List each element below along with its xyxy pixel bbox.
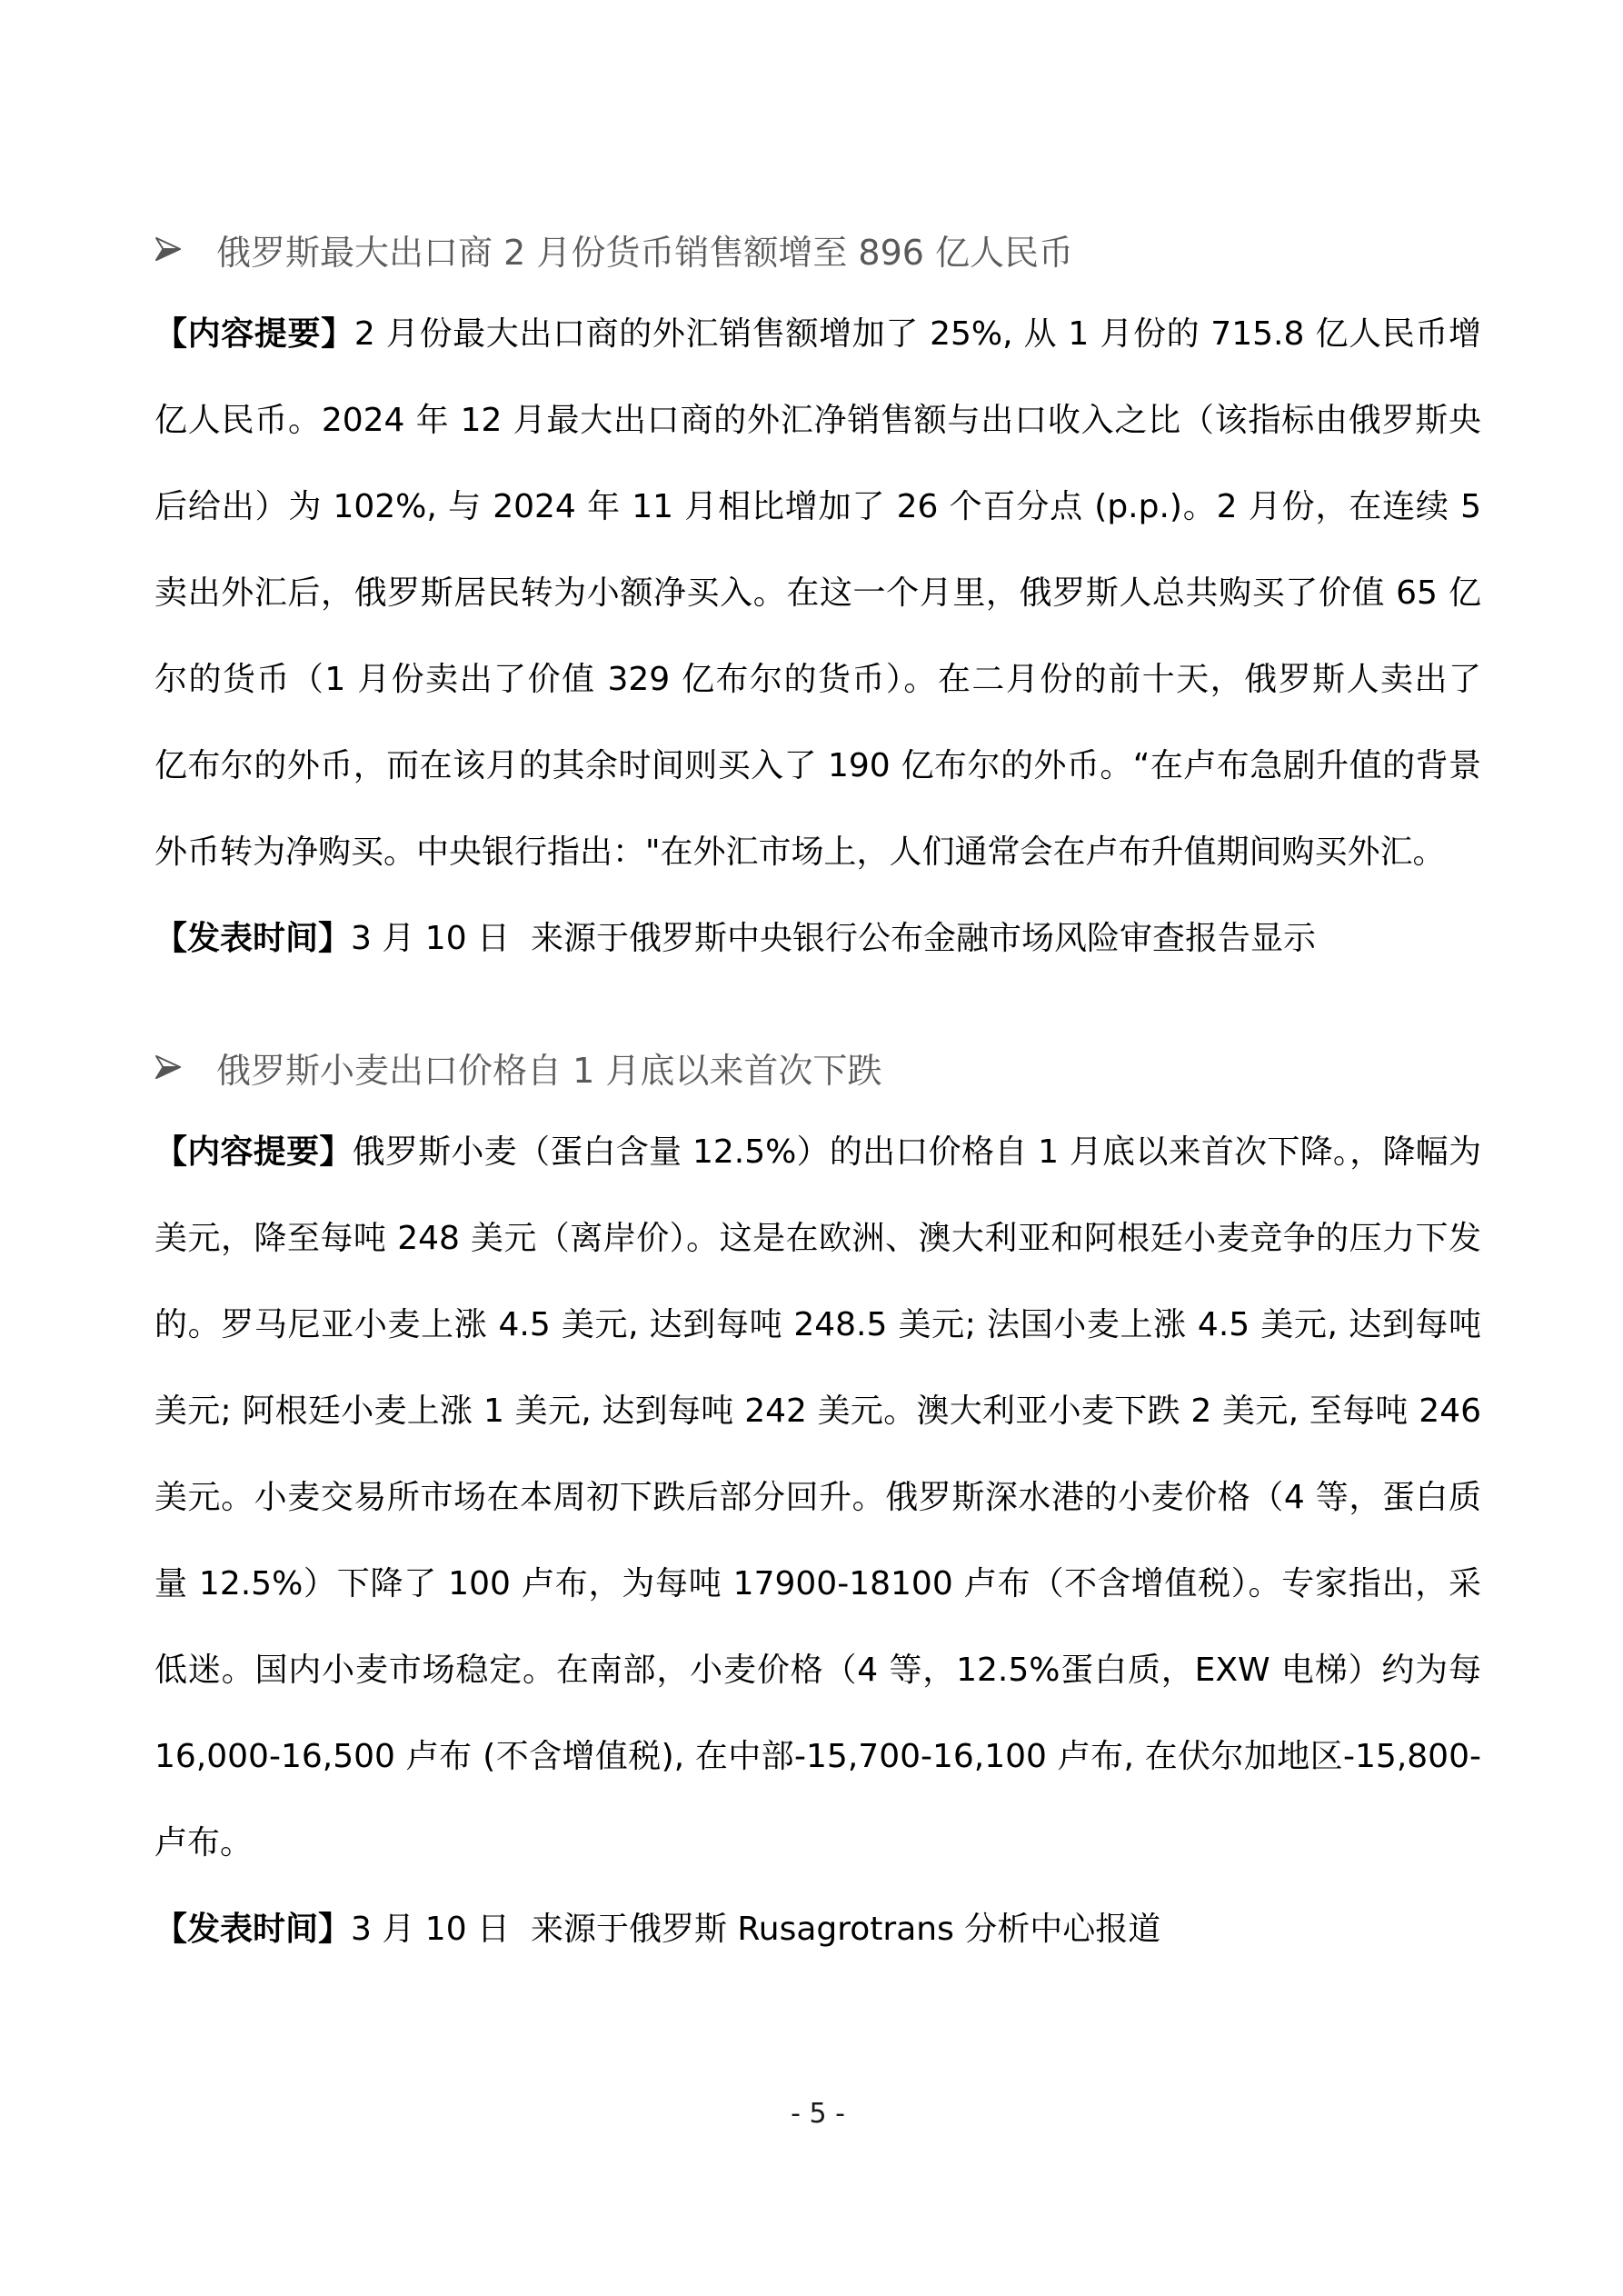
news-section: 俄罗斯最大出口商 2 月份货币销售额增至 896 亿人民币 【内容提要】2 月份… (154, 222, 1481, 982)
section-heading: 俄罗斯最大出口商 2 月份货币销售额增至 896 亿人民币 (154, 222, 1481, 276)
news-section: 俄罗斯小麦出口价格自 1 月底以来首次下跌 【内容提要】俄罗斯小麦（蛋白含量 1… (154, 1040, 1481, 1972)
paragraph-line: 量 12.5%）下降了 100 卢布，为每吨 17900-18100 卢布（不含… (154, 1541, 1481, 1627)
sections-container: 俄罗斯最大出口商 2 月份货币销售额增至 896 亿人民币 【内容提要】2 月份… (154, 0, 1481, 1972)
paragraph-line: 【内容提要】俄罗斯小麦（蛋白含量 12.5%）的出口价格自 1 月底以来首次下降… (154, 1109, 1481, 1195)
paragraph-line: 尔的货币（1 月份卖出了价值 329 亿布尔的货币）。在二月份的前十天，俄罗斯人… (154, 636, 1481, 723)
page-number: - 5 - (154, 2096, 1481, 2132)
section-heading: 俄罗斯小麦出口价格自 1 月底以来首次下跌 (154, 1040, 1481, 1094)
paragraph-line: 16,000-16,500 卢布 (不含增值税), 在中部-15,700-16,… (154, 1713, 1481, 1800)
publish-line: 【发表时间】3 月 10 日 来源于俄罗斯 Rusagrotrans 分析中心报… (154, 1886, 1481, 1972)
summary-label: 【内容提要】 (154, 1133, 353, 1171)
publish-label: 【发表时间】 (154, 920, 351, 957)
page-content: 俄罗斯最大出口商 2 月份货币销售额增至 896 亿人民币 【内容提要】2 月份… (0, 0, 1623, 2132)
paragraph-line: 美元。小麦交易所市场在本周初下跌后部分回升。俄罗斯深水港的小麦价格（4 等，蛋白… (154, 1454, 1481, 1541)
publish-label: 【发表时间】 (154, 1911, 351, 1948)
paragraph-line: 低迷。国内小麦市场稳定。在南部，小麦价格（4 等，12.5%蛋白质，EXW 电梯… (154, 1627, 1481, 1713)
paragraph-line: 卖出外汇后，俄罗斯居民转为小额净买入。在这一个月里，俄罗斯人总共购买了价值 65… (154, 550, 1481, 636)
paragraph-line: 的。罗马尼亚小麦上涨 4.5 美元, 达到每吨 248.5 美元; 法国小麦上涨… (154, 1282, 1481, 1368)
paragraph-line: 后给出）为 102%, 与 2024 年 11 月相比增加了 26 个百分点 (… (154, 464, 1481, 550)
publish-text: 3 月 10 日 来源于俄罗斯 Rusagrotrans 分析中心报道 (351, 1911, 1160, 1948)
summary-label: 【内容提要】 (154, 315, 354, 353)
section-heading-text: 俄罗斯小麦出口价格自 1 月底以来首次下跌 (216, 1043, 881, 1093)
document-page: 俄罗斯最大出口商 2 月份货币销售额增至 896 亿人民币 【内容提要】2 月份… (0, 0, 1623, 2296)
summary-paragraph: 【内容提要】2 月份最大出口商的外汇销售额增加了 25%, 从 1 月份的 71… (154, 291, 1481, 895)
summary-paragraph: 【内容提要】俄罗斯小麦（蛋白含量 12.5%）的出口价格自 1 月底以来首次下降… (154, 1109, 1481, 1886)
paragraph-line: 【内容提要】2 月份最大出口商的外汇销售额增加了 25%, 从 1 月份的 71… (154, 291, 1481, 377)
arrow-bullet-icon (154, 236, 182, 262)
paragraph-line: 外币转为净购买。中央银行指出："在外汇市场上，人们通常会在卢布升值期间购买外汇。 (154, 809, 1481, 895)
publish-text: 3 月 10 日 来源于俄罗斯中央银行公布金融市场风险审查报告显示 (351, 920, 1316, 957)
paragraph-line: 亿人民币。2024 年 12 月最大出口商的外汇净销售额与出口收入之比（该指标由… (154, 377, 1481, 464)
paragraph-line: 亿布尔的外币，而在该月的其余时间则买入了 190 亿布尔的外币。“在卢布急剧升值… (154, 723, 1481, 809)
section-heading-text: 俄罗斯最大出口商 2 月份货币销售额增至 896 亿人民币 (216, 225, 1073, 275)
paragraph-line: 美元，降至每吨 248 美元（离岸价）。这是在欧洲、澳大利亚和阿根廷小麦竞争的压… (154, 1195, 1481, 1282)
arrow-bullet-icon (154, 1054, 182, 1080)
publish-line: 【发表时间】3 月 10 日 来源于俄罗斯中央银行公布金融市场风险审查报告显示 (154, 895, 1481, 982)
paragraph-line: 卢布。 (154, 1800, 1481, 1886)
paragraph-line: 美元; 阿根廷小麦上涨 1 美元, 达到每吨 242 美元。澳大利亚小麦下跌 2… (154, 1368, 1481, 1454)
